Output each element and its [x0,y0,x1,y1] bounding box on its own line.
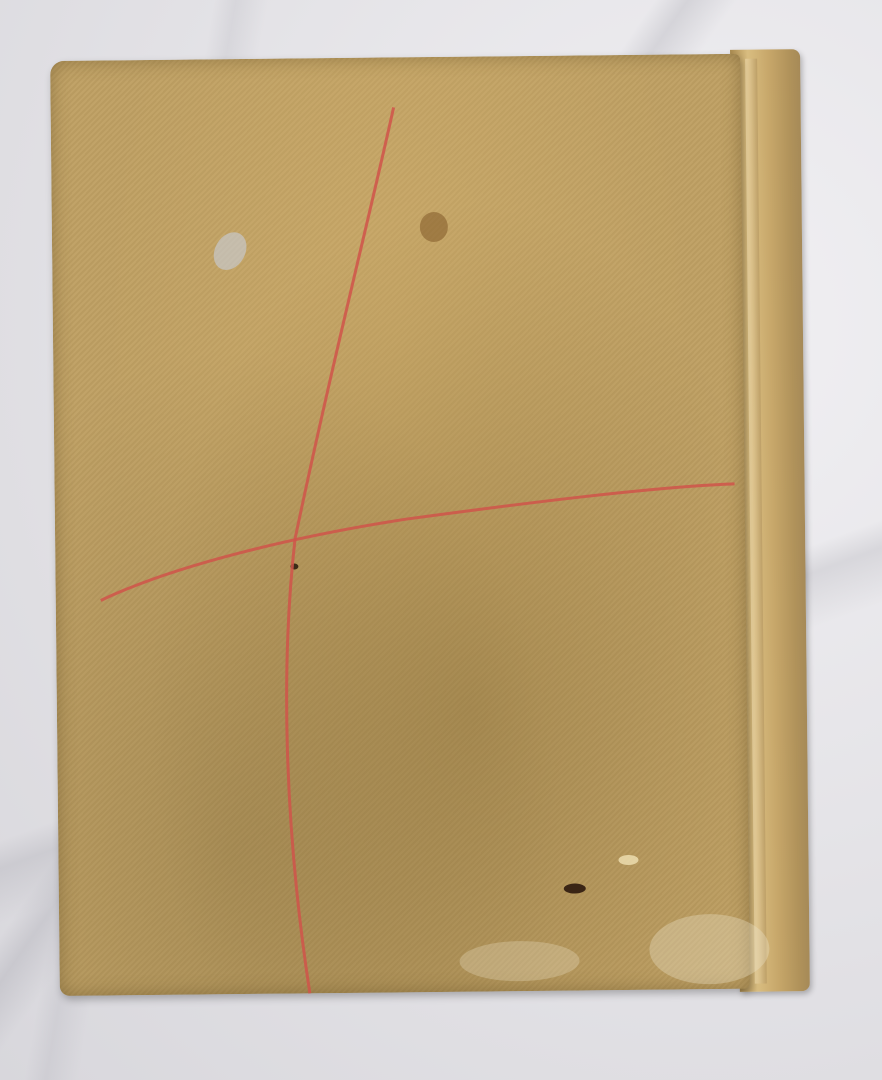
crayon-cross-icon [50,53,820,1001]
book [50,53,820,1001]
